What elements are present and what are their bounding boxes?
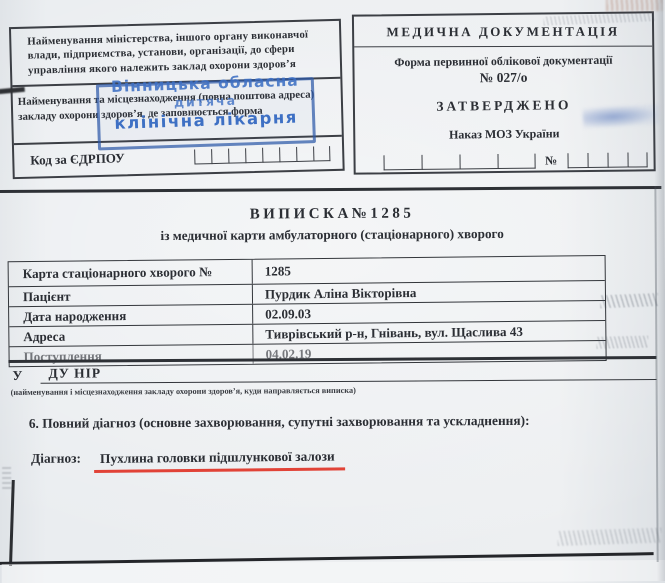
patient-info-table: Карта стаціонарного хворого № 1285 Паціє…	[8, 255, 607, 367]
order-label: Наказ МОЗ України	[355, 125, 653, 143]
hospital-stamp: Вінницька обласна дитяча клінічна лікарн…	[96, 77, 316, 150]
medical-documentation-heading: МЕДИЧНА ДОКУМЕНТАЦІЯ	[354, 15, 652, 48]
referral-prefix: У	[12, 368, 22, 384]
scan-artifact-right-shading	[653, 0, 665, 581]
row-value: 1285	[253, 256, 605, 284]
row-label: Карта стаціонарного хворого №	[9, 260, 253, 287]
scan-artifact-squiggle	[557, 528, 661, 546]
diagnosis-value-underlined: Пухлина головки підшлункової залози	[94, 448, 345, 473]
edrpou-label: Код за ЄДРПОУ	[30, 150, 125, 168]
order-number-cells	[567, 152, 647, 168]
page-left-edge-line	[9, 480, 14, 566]
order-date-cells	[384, 154, 536, 171]
row-label: Адреса	[9, 325, 253, 347]
diagnosis-section-heading: 6. Повний діагноз (основне захворювання,…	[29, 413, 530, 432]
row-label: Дата народження	[9, 305, 253, 327]
paper-edge-strip	[2, 560, 665, 583]
scanned-medical-document: Найменування міністерства, іншого органу…	[0, 0, 665, 583]
referral-caption: (найменування і місцезнаходження закладу…	[11, 386, 356, 397]
scan-artifact-rust-mark	[606, 0, 662, 11]
diagnosis-row: Діагноз: Пухлина головки підшлункової за…	[31, 449, 345, 473]
referral-destination-line: ДУ НІР	[40, 362, 656, 384]
form-header-right-box: МЕДИЧНА ДОКУМЕНТАЦІЯ Форма первинної обл…	[352, 11, 656, 174]
row-label: Поступлення	[9, 345, 253, 367]
edrpou-code-cells	[194, 146, 330, 164]
diagnosis-label: Діагноз:	[31, 451, 81, 466]
scan-artifact-squiggle	[600, 293, 658, 308]
form-number: № 027/о	[355, 68, 653, 87]
approved-label: ЗАТВЕРДЖЕНО	[355, 96, 653, 115]
document-page: Найменування міністерства, іншого органу…	[0, 0, 665, 583]
row-value: Тиврівський р-н, Гнівань, вул. Щаслива 4…	[253, 321, 605, 344]
scan-artifact-margin-mark	[2, 465, 11, 489]
header-separator-line	[0, 186, 661, 193]
extract-subtitle: із медичної карти амбулаторного (стаціон…	[0, 225, 665, 245]
row-value: 02.09.03	[253, 301, 605, 324]
number-sign: №	[545, 153, 557, 168]
referral-destination-row: У ДУ НІР	[12, 362, 656, 384]
order-number-row: №	[381, 152, 647, 170]
row-value: Пурдик Аліна Вікторівна	[253, 281, 605, 304]
referral-destination-value: ДУ НІР	[48, 365, 101, 380]
row-label: Пацієнт	[9, 285, 253, 307]
extract-title: ВИПИСКА№1285	[0, 204, 665, 225]
